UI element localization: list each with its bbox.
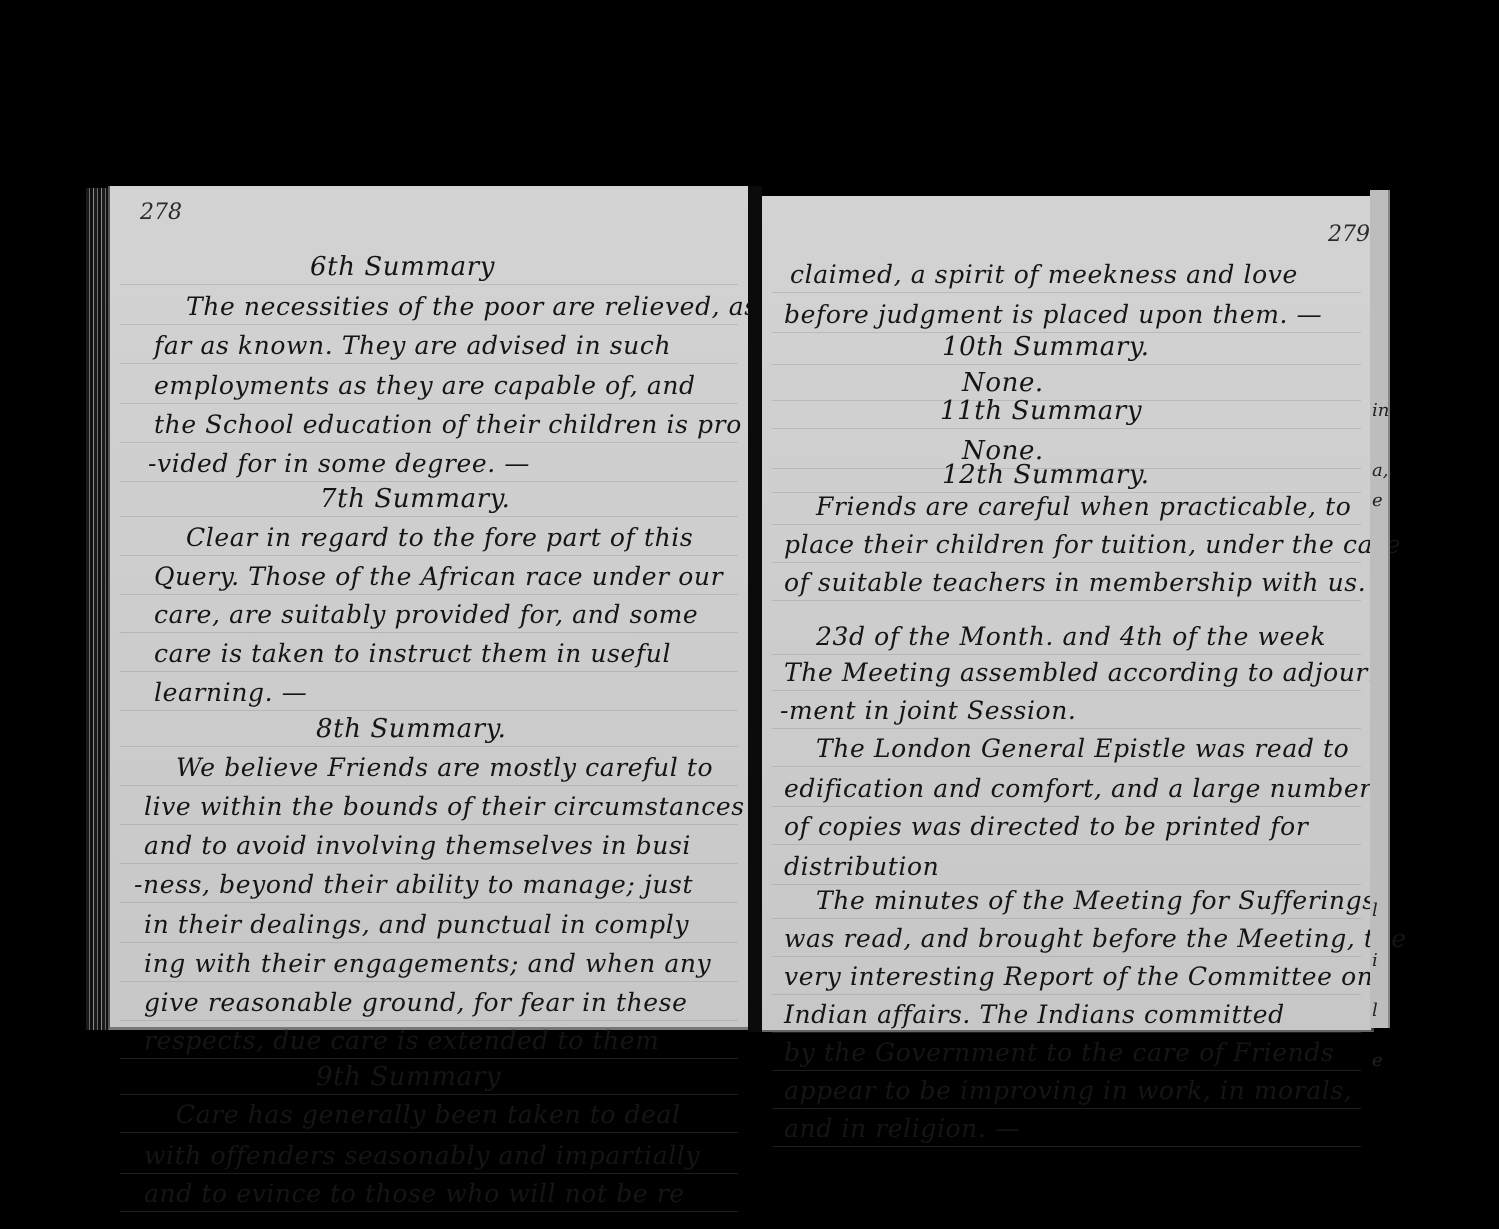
section-heading: 6th Summary	[310, 252, 495, 282]
handwritten-line: -vided for in some degree. —	[148, 449, 530, 478]
ruled-line	[120, 746, 738, 747]
ruled-line	[120, 555, 738, 556]
handwritten-line: Clear in regard to the fore part of this	[186, 523, 693, 552]
ruled-line	[772, 806, 1361, 807]
ruled-line	[772, 844, 1361, 845]
ruled-line	[772, 1032, 1361, 1033]
section-heading: None.	[962, 368, 1044, 398]
ruled-line	[772, 956, 1361, 957]
section-heading: 7th Summary.	[320, 484, 511, 514]
ruled-line	[120, 981, 738, 982]
ruled-line	[772, 364, 1361, 365]
ruled-line	[120, 324, 738, 325]
ruled-line	[120, 1058, 738, 1059]
ruled-line	[772, 524, 1361, 525]
ruled-line	[120, 284, 738, 285]
ruled-line	[120, 516, 738, 517]
handwritten-line: The London General Epistle was read to	[816, 734, 1349, 763]
margin-fragment: l	[1372, 1000, 1378, 1021]
handwritten-line: of copies was directed to be printed for	[784, 812, 1308, 841]
left-page: 278 6th SummaryThe necessities of the po…	[108, 186, 748, 1030]
margin-fragment: e	[1372, 490, 1383, 511]
ruled-line	[120, 1094, 738, 1095]
handwritten-line: The minutes of the Meeting for Suffering…	[816, 886, 1376, 915]
handwritten-line: the School education of their children i…	[154, 410, 742, 439]
handwritten-line: place their children for tuition, under …	[784, 530, 1401, 559]
handwritten-line: and to evince to those who will not be r…	[144, 1179, 685, 1208]
ruled-line	[120, 632, 738, 633]
handwritten-line: learning. —	[154, 678, 307, 707]
handwritten-line: -ment in joint Session.	[780, 696, 1076, 725]
section-heading: 11th Summary	[940, 396, 1142, 426]
book-gutter	[748, 186, 762, 1032]
left-page-stack-edges	[86, 188, 110, 1030]
ruled-line	[772, 690, 1361, 691]
ruled-line	[120, 824, 738, 825]
handwritten-line: We believe Friends are mostly careful to	[176, 753, 713, 782]
ruled-line	[120, 481, 738, 482]
ruled-line	[120, 1020, 738, 1021]
next-page-edge: ina,elile	[1370, 190, 1390, 1028]
right-page-number: 279	[1328, 222, 1370, 247]
handwritten-line: edification and comfort, and a large num…	[784, 774, 1372, 803]
margin-fragment: i	[1372, 950, 1378, 971]
ruled-line	[120, 442, 738, 443]
ruled-line	[120, 363, 738, 364]
left-page-number: 278	[140, 200, 182, 225]
handwritten-line: ing with their engagements; and when any	[144, 949, 711, 978]
ruled-line	[772, 766, 1361, 767]
ruled-line	[120, 710, 738, 711]
handwritten-line: Indian affairs. The Indians committed	[784, 1000, 1285, 1029]
ruled-line	[772, 884, 1361, 885]
section-heading: 10th Summary.	[942, 332, 1150, 362]
ruled-line	[772, 428, 1361, 429]
ruled-line	[120, 594, 738, 595]
ruled-line	[772, 562, 1361, 563]
ruled-line	[120, 863, 738, 864]
ruled-line	[772, 918, 1361, 919]
ruled-line	[772, 654, 1361, 655]
section-heading: 12th Summary.	[942, 460, 1150, 490]
ruled-line	[120, 1211, 738, 1212]
ruled-line	[772, 1108, 1361, 1109]
handwritten-line: in their dealings, and punctual in compl…	[144, 910, 689, 939]
handwritten-line: The Meeting assembled according to adjou…	[784, 658, 1385, 687]
margin-fragment: l	[1372, 900, 1378, 921]
handwritten-line: respects, due care is extended to them	[144, 1026, 659, 1055]
ruled-line	[120, 1173, 738, 1174]
section-heading: 9th Summary	[316, 1062, 501, 1092]
handwritten-line: far as known. They are advised in such	[154, 331, 671, 360]
right-page: 279 claimed, a spirit of meekness and lo…	[762, 196, 1374, 1032]
handwritten-line: -ness, beyond their ability to manage; j…	[134, 870, 693, 899]
ruled-line	[772, 1070, 1361, 1071]
margin-fragment: e	[1372, 1050, 1383, 1071]
handwritten-line: care is taken to instruct them in useful	[154, 639, 671, 668]
handwritten-line: appear to be improving in work, in moral…	[784, 1076, 1352, 1105]
ruled-line	[772, 994, 1361, 995]
ruled-line	[772, 292, 1361, 293]
handwritten-line: by the Government to the care of Friends	[784, 1038, 1334, 1067]
ruled-line	[772, 600, 1361, 601]
handwritten-line: care, are suitably provided for, and som…	[154, 600, 698, 629]
handwritten-line: distribution	[784, 852, 939, 881]
handwritten-line: Care has generally been taken to deal	[176, 1100, 681, 1129]
handwritten-line: and to avoid involving themselves in bus…	[144, 831, 691, 860]
handwritten-line: and in religion. —	[784, 1114, 1021, 1143]
ruled-line	[120, 1132, 738, 1133]
handwritten-line: Friends are careful when practicable, to	[816, 492, 1351, 521]
section-heading: 8th Summary.	[316, 714, 507, 744]
ruled-line	[772, 1146, 1361, 1147]
ruled-line	[120, 403, 738, 404]
handwritten-line: with offenders seasonably and impartiall…	[144, 1141, 700, 1170]
ruled-line	[120, 902, 738, 903]
ruled-line	[120, 942, 738, 943]
handwritten-line: give reasonable ground, for fear in thes…	[144, 988, 688, 1017]
handwritten-line: employments as they are capable of, and	[154, 371, 696, 400]
handwritten-line: of suitable teachers in membership with …	[784, 568, 1366, 597]
ruled-line	[120, 785, 738, 786]
margin-fragment: a,	[1372, 460, 1388, 481]
handwritten-line: 23d of the Month. and 4th of the week	[816, 622, 1326, 651]
handwritten-line: The necessities of the poor are relieved…	[186, 292, 758, 321]
handwritten-line: Query. Those of the African race under o…	[154, 562, 723, 591]
handwritten-line: before judgment is placed upon them. —	[784, 300, 1322, 329]
handwritten-line: claimed, a spirit of meekness and love	[790, 260, 1298, 289]
handwritten-line: very interesting Report of the Committee…	[784, 962, 1373, 991]
handwritten-line: was read, and brought before the Meeting…	[784, 924, 1407, 953]
ruled-line	[120, 671, 738, 672]
handwritten-line: live within the bounds of their circumst…	[144, 792, 745, 821]
ruled-line	[772, 728, 1361, 729]
margin-fragment: in	[1372, 400, 1389, 421]
